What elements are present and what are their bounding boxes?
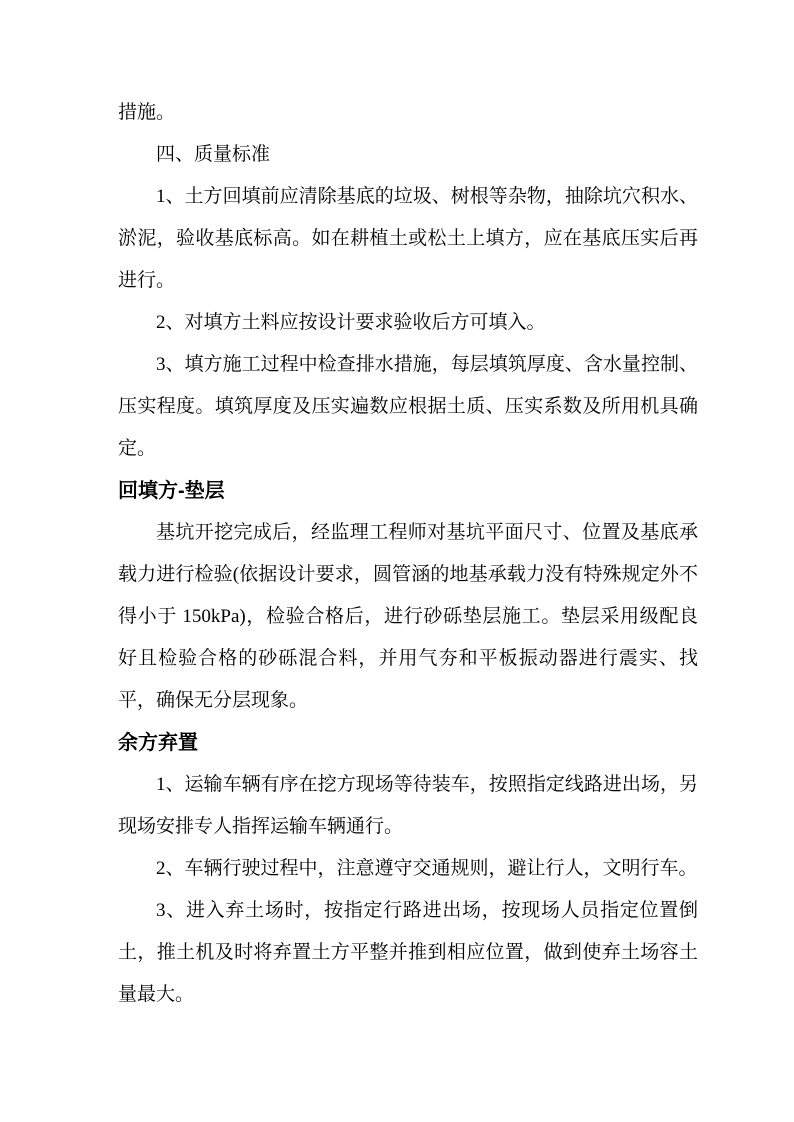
paragraph: 1、运输车辆有序在挖方现场等待装车，按照指定线路进出场，另现场安排专人指挥运输车… bbox=[118, 764, 698, 848]
paragraph: 措施。 bbox=[118, 92, 698, 134]
document-page: 措施。四、质量标准1、土方回填前应清除基底的垃圾、树根等杂物，抽除坑穴积水、淤泥… bbox=[0, 0, 794, 1122]
paragraph: 3、进入弃土场时，按指定行路进出场，按现场人员指定位置倒土，推土机及时将弃置土方… bbox=[118, 890, 698, 1016]
paragraph: 3、填方施工过程中检查排水措施，每层填筑厚度、含水量控制、压实程度。填筑厚度及压… bbox=[118, 344, 698, 470]
section-heading: 余方弃置 bbox=[118, 722, 698, 764]
paragraph: 2、车辆行驶过程中，注意遵守交通规则，避让行人，文明行车。 bbox=[118, 848, 698, 890]
paragraph: 基坑开挖完成后，经监理工程师对基坑平面尺寸、位置及基底承载力进行检验(依据设计要… bbox=[118, 512, 698, 722]
paragraph: 2、对填方土料应按设计要求验收后方可填入。 bbox=[118, 302, 698, 344]
paragraph: 1、土方回填前应清除基底的垃圾、树根等杂物，抽除坑穴积水、淤泥，验收基底标高。如… bbox=[118, 176, 698, 302]
section-heading: 回填方-垫层 bbox=[118, 470, 698, 512]
paragraph: 四、质量标准 bbox=[118, 134, 698, 176]
document-content: 措施。四、质量标准1、土方回填前应清除基底的垃圾、树根等杂物，抽除坑穴积水、淤泥… bbox=[118, 92, 698, 1016]
